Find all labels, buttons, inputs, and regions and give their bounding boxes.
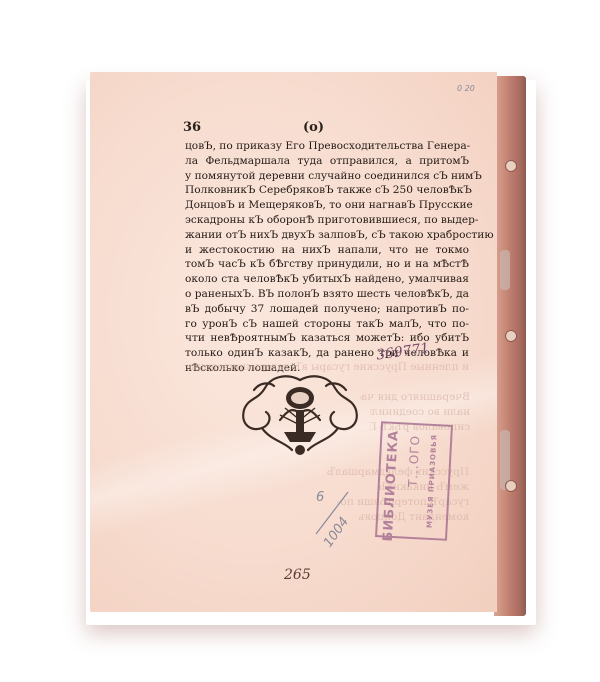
text-line: томЪ часЪ кЪ бѢгству принудили, но и на … bbox=[185, 257, 469, 272]
binding-thread-knot bbox=[505, 480, 517, 492]
stamp-line-2: Т...ОГО bbox=[406, 435, 423, 488]
text-line: цовЪ, по приказу Его Превосходительства … bbox=[185, 139, 469, 154]
handwritten-number: 265 bbox=[284, 567, 311, 583]
pencil-note-top-right: 0 20 bbox=[457, 84, 475, 93]
text-line: го уронЪ сЪ нашей стороны такЪ малЪ, что… bbox=[185, 317, 469, 332]
text-line: жании отЪ нихЪ двухЪ залповЪ, сЪ такою х… bbox=[185, 228, 469, 243]
text-line: и жестокостию на нихЪ напали, что не ток… bbox=[185, 243, 469, 258]
book-spine bbox=[494, 76, 526, 616]
bleed-through-text: Вчерашняго дня часу первом bbox=[360, 390, 470, 405]
text-line: ДонцовЪ и МещеряковЪ, то они нагнавЪ Пру… bbox=[185, 198, 469, 213]
text-line: вЪ добычу 37 лошадей получено; напротивЪ… bbox=[185, 302, 469, 317]
spine-wear-patch bbox=[500, 250, 510, 290]
stamp-line-1: БИБЛИОТЕКА bbox=[381, 429, 402, 542]
binding-thread-knot bbox=[505, 160, 517, 172]
library-stamp: БИБЛИОТЕКА Т...ОГО МУЗЕЯ ПРИАЗОВЬЯ bbox=[375, 421, 453, 541]
stamp-line-3: МУЗЕЯ ПРИАЗОВЬЯ bbox=[426, 434, 439, 528]
page-number: 36 bbox=[183, 120, 201, 135]
text-line: ла Фельдмаршала туда отправился, а прито… bbox=[185, 154, 469, 169]
text-line: около ста человѢкЪ убитыхЪ найдено, умал… bbox=[185, 272, 469, 287]
text-line: эскадроны кЪ оборонѢ приготовившиеся, по… bbox=[185, 213, 469, 228]
binding-thread-knot bbox=[505, 330, 517, 342]
text-line: ПолковникЪ СеребряковЪ также сЪ 250 чело… bbox=[185, 183, 469, 198]
text-line: о раненыхЪ. ВЪ полонЪ взято шесть человѢ… bbox=[185, 287, 469, 302]
bleed-through-text: нали во соединились bbox=[370, 405, 470, 420]
printers-ornament-icon bbox=[240, 370, 360, 458]
running-head: (o) bbox=[303, 120, 324, 135]
text-line: у помянутой деревни случайно соединился … bbox=[185, 169, 469, 184]
